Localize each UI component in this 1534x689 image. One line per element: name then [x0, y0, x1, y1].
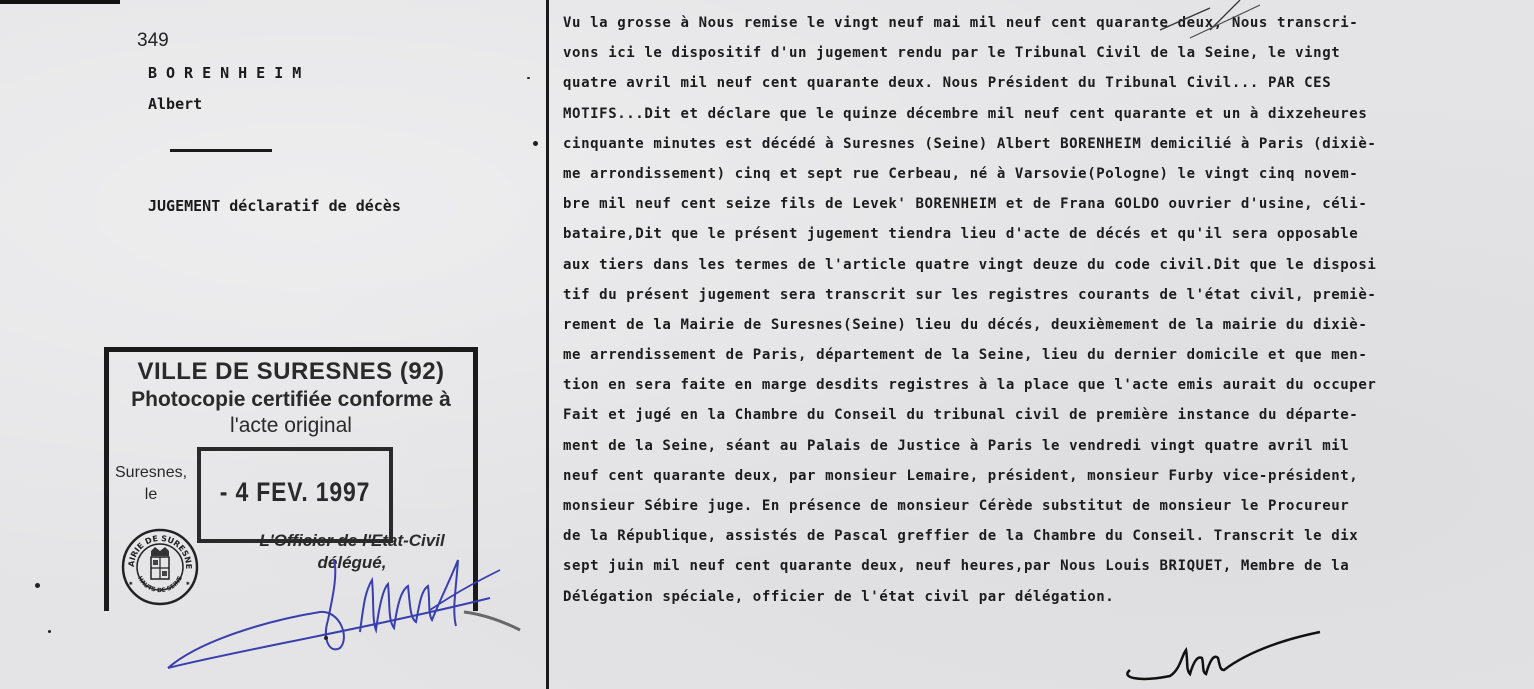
scan-speck [35, 583, 40, 588]
transcript-line: neuf cent quarante deux, par monsieur Le… [563, 461, 1523, 491]
transcript-line: Fait et jugé en la Chambre du Conseil du… [563, 400, 1523, 430]
transcript-line: MOTIFS...Dit et déclare que le quinze dé… [563, 99, 1523, 129]
transcript-line: sept juin mil neuf cent quarante deux, n… [563, 551, 1523, 581]
transcript-line: monsieur Sébire juge. En présence de mon… [563, 491, 1523, 521]
stamp-date-box: - 4 FEV. 1997 [197, 447, 393, 543]
transcript-line: bre mil neuf cent seize fils de Levek' B… [563, 189, 1523, 219]
transcript-line: bataire,Dit que le présent jugement tien… [563, 219, 1523, 249]
stamp-place: Suresnes, le [115, 462, 187, 506]
scan-speck [324, 636, 328, 640]
transcript-line: tion en sera faite en marge desdits regi… [563, 370, 1523, 400]
act-type: JUGEMENT déclaratif de décès [148, 197, 401, 215]
transcript-line: me arrendissement de Paris, département … [563, 340, 1523, 370]
svg-text:✱: ✱ [185, 580, 190, 587]
stamp-officer-delegate: délégué, [237, 552, 467, 574]
transcript-line: rement de la Mairie de Suresnes(Seine) l… [563, 310, 1523, 340]
scan-speck [48, 630, 51, 633]
separator-rule [170, 149, 272, 152]
margin-column: 349 BORENHEIM Albert JUGEMENT déclaratif… [0, 0, 546, 689]
stamp-title: VILLE DE SURESNES (92) [109, 358, 473, 386]
transcript-body: Vu la grosse à Nous remise le vingt neuf… [563, 8, 1528, 612]
transcript-line: ment de la Seine, séant au Palais de Jus… [563, 431, 1523, 461]
transcript-line: tif du présent jugement sera transcrit s… [563, 280, 1523, 310]
transcript-line: Délégation spéciale, officier de l'état … [563, 582, 1523, 612]
stamp-original-text: l'acte original [109, 414, 473, 438]
scan-speck [527, 77, 530, 79]
transcript-line: vons ici le dispositif d'un jugement ren… [563, 38, 1523, 68]
stamp-place-le: le [115, 484, 187, 506]
registrar-signature [1110, 630, 1330, 689]
surname: BORENHEIM [148, 64, 310, 82]
stamp-officer-title: L'Officier de l'Etat-Civil [237, 530, 467, 552]
stamp-place-city: Suresnes, [115, 462, 187, 484]
transcript-line: Vu la grosse à Nous remise le vingt neuf… [563, 8, 1523, 38]
column-divider [546, 0, 549, 689]
stamp-certification-text: Photocopie certifiée conforme à [109, 388, 473, 412]
transcript-line: cinquante minutes est décédé à Suresnes … [563, 129, 1523, 159]
scan-speck [533, 141, 538, 146]
first-name: Albert [148, 95, 202, 113]
register-number: 349 [137, 30, 169, 52]
town-seal-icon: MAIRIE DE SURESNES HAUTS DE SEINE ✱ ✱ [120, 527, 200, 607]
transcript-line: quatre avril mil neuf cent quarante deux… [563, 68, 1523, 98]
stamp-officer: L'Officier de l'Etat-Civil délégué, [237, 530, 467, 574]
transcript-line: de la République, assistés de Pascal gre… [563, 521, 1523, 551]
transcript-line: aux tiers dans les termes de l'article q… [563, 250, 1523, 280]
svg-text:✱: ✱ [128, 580, 133, 587]
stamp-date: - 4 FEV. 1997 [215, 477, 375, 508]
transcript-line: me arrondissement) cinq et sept rue Cerb… [563, 159, 1523, 189]
